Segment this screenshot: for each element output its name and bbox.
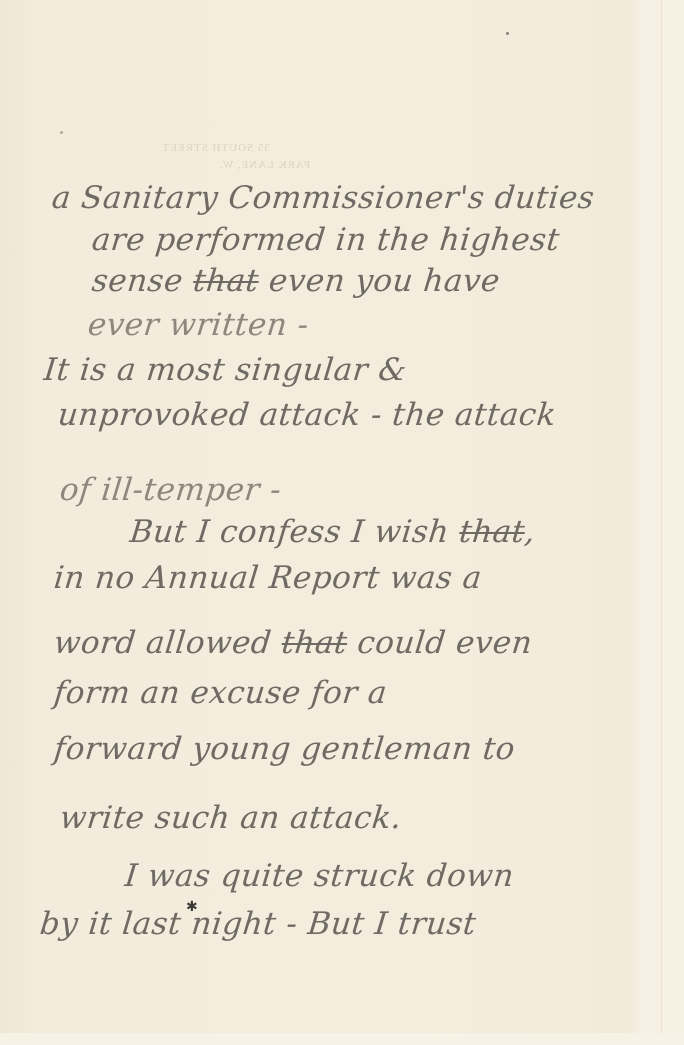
handwritten-line: But I confess I wish that, xyxy=(128,514,537,550)
handwritten-line: write such an attack. xyxy=(58,800,403,836)
handwritten-line: of ill-temper - xyxy=(58,472,283,508)
page-bottom-edge xyxy=(0,1033,684,1045)
paper-speck xyxy=(60,131,63,134)
letterhead-line: PARK LANE, W. xyxy=(162,157,311,174)
handwritten-line: forward young gentleman to xyxy=(52,731,517,767)
letterhead-line: 35 SOUTH STREET xyxy=(162,140,311,157)
handwritten-line: ever written - xyxy=(86,307,310,343)
struck-word: that xyxy=(458,514,527,550)
handwritten-line: I was quite struck down xyxy=(123,858,516,894)
handwritten-line: word allowed that could even xyxy=(52,625,534,661)
handwritten-line: a Sanitary Commissioner's duties xyxy=(50,180,596,216)
handwritten-line: in no Annual Report was a xyxy=(52,560,484,596)
page-edge xyxy=(661,0,684,1045)
handwritten-line: are performed in the highest xyxy=(90,222,561,258)
ink-blot-mark: ✱ xyxy=(186,899,198,915)
handwritten-line: It is a most singular & xyxy=(42,352,408,388)
letterhead-bleedthrough: 35 SOUTH STREET PARK LANE, W. xyxy=(162,140,311,174)
handwritten-line: by it last night - But I trust xyxy=(38,906,478,942)
handwritten-line: unprovoked attack - the attack xyxy=(56,397,558,433)
struck-word: that xyxy=(191,263,260,299)
struck-word: that xyxy=(280,625,349,661)
paper-speck xyxy=(506,32,509,35)
handwritten-line: form an excuse for a xyxy=(52,675,389,711)
manuscript-page: 35 SOUTH STREET PARK LANE, W. a Sanitary… xyxy=(0,0,684,1045)
handwritten-line: sense that even you have xyxy=(90,263,502,299)
